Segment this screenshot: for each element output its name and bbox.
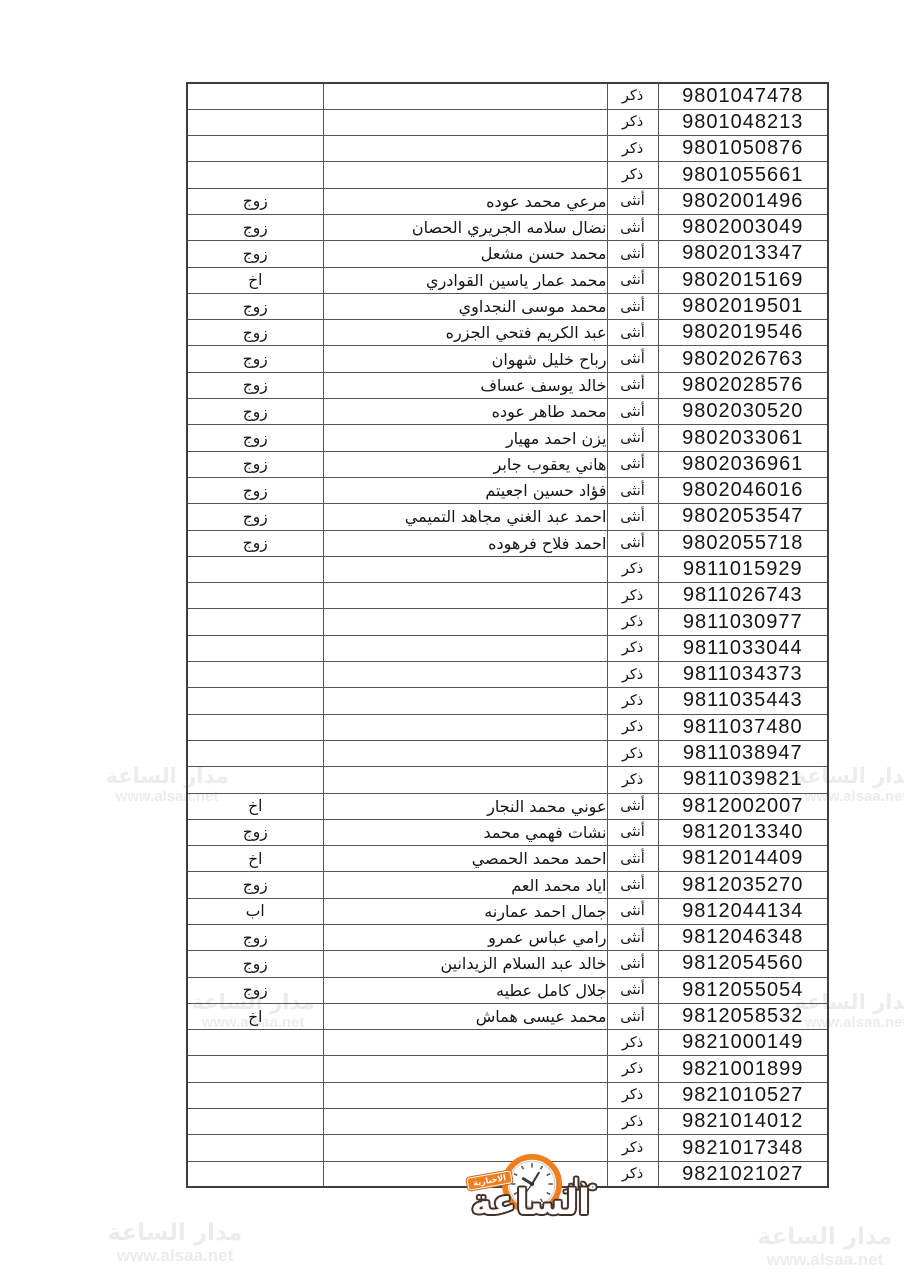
watermark-site-url: www.alsaa.net — [740, 1250, 904, 1270]
relation-cell: زوج — [187, 504, 323, 530]
guardian-name-cell — [323, 1082, 607, 1108]
table-row: 9811026743 ذكر — [187, 583, 828, 609]
guardian-name-cell: احمد عبد الغني مجاهد التميمي — [323, 504, 607, 530]
guardian-name-cell: فؤاد حسين اجعيتم — [323, 477, 607, 503]
gender-cell: ذكر — [607, 714, 658, 740]
relation-cell — [187, 109, 323, 135]
table-row: 9812054560 أنثى خالد عبد السلام الزيداني… — [187, 951, 828, 977]
guardian-name-cell: احمد فلاح فرهوده — [323, 530, 607, 556]
table-row: 9821010527 ذكر — [187, 1082, 828, 1108]
relation-cell: زوج — [187, 346, 323, 372]
national-number-cell: 9801050876 — [658, 136, 828, 162]
guardian-name-cell — [323, 1030, 607, 1056]
guardian-name-cell: نشات فهمي محمد — [323, 819, 607, 845]
guardian-name-cell: محمد طاهر عوده — [323, 399, 607, 425]
guardian-name-cell — [323, 714, 607, 740]
gender-cell: أنثى — [607, 1003, 658, 1029]
national-number-cell: 9812013340 — [658, 819, 828, 845]
table-row: 9801047478 ذكر — [187, 83, 828, 109]
national-number-cell: 9812054560 — [658, 951, 828, 977]
national-number-cell: 9811038947 — [658, 740, 828, 766]
scanned-document-page: { "page": { "background": "#ffffff" }, "… — [0, 0, 904, 1280]
national-number-cell: 9802030520 — [658, 399, 828, 425]
national-number-cell: 9821021027 — [658, 1161, 828, 1187]
national-number-cell: 9812046348 — [658, 925, 828, 951]
relation-cell: زوج — [187, 477, 323, 503]
watermark: مدار الساعة www.alsaa.net — [740, 1224, 904, 1270]
national-number-cell: 9802053547 — [658, 504, 828, 530]
gender-cell: ذكر — [607, 767, 658, 793]
relation-cell: اخ — [187, 846, 323, 872]
table-row: 9811035443 ذكر — [187, 688, 828, 714]
table-row: 9802019501 أنثى محمد موسى النجداوي زوج — [187, 293, 828, 319]
relation-cell: زوج — [187, 425, 323, 451]
table-row: 9811039821 ذكر — [187, 767, 828, 793]
gender-cell: أنثى — [607, 925, 658, 951]
table-row: 9802001496 أنثى مرعي محمد عوده زوج — [187, 188, 828, 214]
table-row: 9802028576 أنثى خالد يوسف عساف زوج — [187, 372, 828, 398]
national-number-cell: 9802019546 — [658, 320, 828, 346]
guardian-name-cell: رباح خليل شهوان — [323, 346, 607, 372]
national-number-cell: 9801048213 — [658, 109, 828, 135]
gender-cell: أنثى — [607, 214, 658, 240]
watermark-site-name: مدار الساعة — [90, 1220, 260, 1246]
gender-cell: أنثى — [607, 425, 658, 451]
national-number-cell: 9802033061 — [658, 425, 828, 451]
table-row: 9802053547 أنثى احمد عبد الغني مجاهد الت… — [187, 504, 828, 530]
guardian-name-cell — [323, 1056, 607, 1082]
relation-cell: زوج — [187, 977, 323, 1003]
national-number-cell: 9812044134 — [658, 898, 828, 924]
national-number-cell: 9821010527 — [658, 1082, 828, 1108]
watermark-site-url: www.alsaa.net — [90, 1246, 260, 1266]
national-number-cell: 9801055661 — [658, 162, 828, 188]
table-row: 9811034373 ذكر — [187, 662, 828, 688]
table-row: 9812044134 أنثى جمال احمد عمارنه اب — [187, 898, 828, 924]
relation-cell — [187, 1056, 323, 1082]
table-row: 9812014409 أنثى احمد محمد الحمصي اخ — [187, 846, 828, 872]
guardian-name-cell — [323, 635, 607, 661]
guardian-name-cell: محمد عمار ياسين القوادري — [323, 267, 607, 293]
gender-cell: ذكر — [607, 583, 658, 609]
relation-cell: زوج — [187, 925, 323, 951]
relation-cell — [187, 1135, 323, 1161]
national-number-cell: 9802019501 — [658, 293, 828, 319]
gender-cell: ذكر — [607, 662, 658, 688]
relation-cell: اب — [187, 898, 323, 924]
table-row: 9811015929 ذكر — [187, 556, 828, 582]
gender-cell: أنثى — [607, 793, 658, 819]
national-number-cell: 9802026763 — [658, 346, 828, 372]
relation-cell — [187, 1161, 323, 1187]
gender-cell: أنثى — [607, 320, 658, 346]
guardian-name-cell — [323, 556, 607, 582]
guardian-name-cell: يزن احمد مهيار — [323, 425, 607, 451]
table-row: 9802036961 أنثى هاني يعقوب جابر زوج — [187, 451, 828, 477]
guardian-name-cell: جلال كامل عطيه — [323, 977, 607, 1003]
national-number-cell: 9811015929 — [658, 556, 828, 582]
guardian-name-cell — [323, 83, 607, 109]
relation-cell: زوج — [187, 872, 323, 898]
relation-cell — [187, 1030, 323, 1056]
guardian-name-cell — [323, 609, 607, 635]
national-number-cell: 9802013347 — [658, 241, 828, 267]
relation-cell: زوج — [187, 188, 323, 214]
gender-cell: ذكر — [607, 556, 658, 582]
guardian-name-cell — [323, 1109, 607, 1135]
guardian-name-cell — [323, 688, 607, 714]
guardian-name-cell — [323, 767, 607, 793]
national-number-cell: 9802028576 — [658, 372, 828, 398]
national-number-cell: 9821017348 — [658, 1135, 828, 1161]
records-tbody: 9801047478 ذكر 9801048213 ذكر 9801050876… — [187, 83, 828, 1187]
relation-cell: زوج — [187, 399, 323, 425]
national-number-cell: 9812002007 — [658, 793, 828, 819]
relation-cell — [187, 556, 323, 582]
gender-cell: أنثى — [607, 819, 658, 845]
gender-cell: أنثى — [607, 188, 658, 214]
national-number-cell: 9812058532 — [658, 1003, 828, 1029]
national-number-cell: 9802003049 — [658, 214, 828, 240]
table-row: 9812002007 أنثى عوني محمد النجار اخ — [187, 793, 828, 819]
guardian-name-cell — [323, 136, 607, 162]
table-row: 9801050876 ذكر — [187, 136, 828, 162]
relation-cell — [187, 1109, 323, 1135]
guardian-name-cell: مرعي محمد عوده — [323, 188, 607, 214]
records-table: 9801047478 ذكر 9801048213 ذكر 9801050876… — [186, 82, 829, 1188]
guardian-name-cell: محمد موسى النجداوي — [323, 293, 607, 319]
relation-cell: زوج — [187, 214, 323, 240]
table-row: 9812055054 أنثى جلال كامل عطيه زوج — [187, 977, 828, 1003]
guardian-name-cell — [323, 583, 607, 609]
relation-cell: زوج — [187, 819, 323, 845]
relation-cell: زوج — [187, 530, 323, 556]
gender-cell: ذكر — [607, 609, 658, 635]
table-row: 9802013347 أنثى محمد حسن مشعل زوج — [187, 241, 828, 267]
guardian-name-cell: محمد عيسى هماش — [323, 1003, 607, 1029]
guardian-name-cell: خالد عبد السلام الزيدانين — [323, 951, 607, 977]
gender-cell: ذكر — [607, 740, 658, 766]
guardian-name-cell: نضال سلامه الجريري الحصان — [323, 214, 607, 240]
relation-cell — [187, 740, 323, 766]
gender-cell: ذكر — [607, 1030, 658, 1056]
gender-cell: أنثى — [607, 241, 658, 267]
table-row: 9801048213 ذكر — [187, 109, 828, 135]
relation-cell — [187, 635, 323, 661]
table-row: 9811038947 ذكر — [187, 740, 828, 766]
gender-cell: أنثى — [607, 267, 658, 293]
relation-cell: زوج — [187, 320, 323, 346]
guardian-name-cell: جمال احمد عمارنه — [323, 898, 607, 924]
gender-cell: أنثى — [607, 846, 658, 872]
guardian-name-cell — [323, 740, 607, 766]
relation-cell — [187, 83, 323, 109]
guardian-name-cell: احمد محمد الحمصي — [323, 846, 607, 872]
relation-cell — [187, 162, 323, 188]
relation-cell: زوج — [187, 241, 323, 267]
relation-cell — [187, 767, 323, 793]
relation-cell — [187, 1082, 323, 1108]
table-row: 9812035270 أنثى اياد محمد العم زوج — [187, 872, 828, 898]
gender-cell: أنثى — [607, 477, 658, 503]
table-row: 9801055661 ذكر — [187, 162, 828, 188]
national-number-cell: 9802001496 — [658, 188, 828, 214]
gender-cell: أنثى — [607, 872, 658, 898]
relation-cell — [187, 688, 323, 714]
guardian-name-cell: رامي عباس عمرو — [323, 925, 607, 951]
gender-cell: ذكر — [607, 1056, 658, 1082]
table-row: 9812058532 أنثى محمد عيسى هماش اخ — [187, 1003, 828, 1029]
gender-cell: أنثى — [607, 951, 658, 977]
gender-cell: أنثى — [607, 504, 658, 530]
gender-cell: ذكر — [607, 1109, 658, 1135]
table-row: 9802055718 أنثى احمد فلاح فرهوده زوج — [187, 530, 828, 556]
relation-cell: اخ — [187, 1003, 323, 1029]
national-number-cell: 9811030977 — [658, 609, 828, 635]
guardian-name-cell: عوني محمد النجار — [323, 793, 607, 819]
gender-cell: ذكر — [607, 688, 658, 714]
table-row: 9802026763 أنثى رباح خليل شهوان زوج — [187, 346, 828, 372]
national-number-cell: 9802055718 — [658, 530, 828, 556]
gender-cell: أنثى — [607, 399, 658, 425]
table-row: 9821014012 ذكر — [187, 1109, 828, 1135]
guardian-name-cell — [323, 162, 607, 188]
guardian-name-cell: هاني يعقوب جابر — [323, 451, 607, 477]
national-number-cell: 9801047478 — [658, 83, 828, 109]
table-row: 9821001899 ذكر — [187, 1056, 828, 1082]
gender-cell: ذكر — [607, 136, 658, 162]
national-number-cell: 9811026743 — [658, 583, 828, 609]
relation-cell: زوج — [187, 293, 323, 319]
gender-cell: أنثى — [607, 451, 658, 477]
table-row: 9811030977 ذكر — [187, 609, 828, 635]
table-row: 9802003049 أنثى نضال سلامه الجريري الحصا… — [187, 214, 828, 240]
table-row: 9802030520 أنثى محمد طاهر عوده زوج — [187, 399, 828, 425]
relation-cell: اخ — [187, 793, 323, 819]
gender-cell: أنثى — [607, 898, 658, 924]
gender-cell: أنثى — [607, 293, 658, 319]
national-number-cell: 9811039821 — [658, 767, 828, 793]
national-number-cell: 9802046016 — [658, 477, 828, 503]
national-number-cell: 9811033044 — [658, 635, 828, 661]
logo-brand-main: الساعة — [471, 1183, 590, 1223]
gender-cell: ذكر — [607, 83, 658, 109]
table-row: 9802015169 أنثى محمد عمار ياسين القوادري… — [187, 267, 828, 293]
national-number-cell: 9821014012 — [658, 1109, 828, 1135]
national-number-cell: 9821001899 — [658, 1056, 828, 1082]
table-row: 9802019546 أنثى عبد الكريم فتحي الجزره ز… — [187, 320, 828, 346]
national-number-cell: 9812035270 — [658, 872, 828, 898]
table-row: 9802033061 أنثى يزن احمد مهيار زوج — [187, 425, 828, 451]
relation-cell — [187, 583, 323, 609]
table-row: 9812046348 أنثى رامي عباس عمرو زوج — [187, 925, 828, 951]
guardian-name-cell: خالد يوسف عساف — [323, 372, 607, 398]
relation-cell — [187, 714, 323, 740]
national-number-cell: 9812055054 — [658, 977, 828, 1003]
national-number-cell: 9811037480 — [658, 714, 828, 740]
guardian-name-cell — [323, 662, 607, 688]
table-row: 9811037480 ذكر — [187, 714, 828, 740]
relation-cell — [187, 609, 323, 635]
table-row: 9812013340 أنثى نشات فهمي محمد زوج — [187, 819, 828, 845]
national-number-cell: 9802015169 — [658, 267, 828, 293]
watermark-site-name: مدار الساعة — [740, 1224, 904, 1250]
relation-cell — [187, 662, 323, 688]
table-row: 9821000149 ذكر — [187, 1030, 828, 1056]
relation-cell: اخ — [187, 267, 323, 293]
relation-cell — [187, 136, 323, 162]
gender-cell: ذكر — [607, 1082, 658, 1108]
national-number-cell: 9811034373 — [658, 662, 828, 688]
gender-cell: ذكر — [607, 109, 658, 135]
gender-cell: ذكر — [607, 162, 658, 188]
gender-cell: أنثى — [607, 530, 658, 556]
national-number-cell: 9812014409 — [658, 846, 828, 872]
relation-cell: زوج — [187, 951, 323, 977]
relation-cell: زوج — [187, 372, 323, 398]
gender-cell: أنثى — [607, 977, 658, 1003]
relation-cell: زوج — [187, 451, 323, 477]
gender-cell: أنثى — [607, 372, 658, 398]
guardian-name-cell: اياد محمد العم — [323, 872, 607, 898]
table-row: 9802046016 أنثى فؤاد حسين اجعيتم زوج — [187, 477, 828, 503]
national-number-cell: 9821000149 — [658, 1030, 828, 1056]
national-number-cell: 9811035443 — [658, 688, 828, 714]
watermark: مدار الساعة www.alsaa.net — [90, 1220, 260, 1266]
news-logo: مدار الساعة الاخبارية — [463, 1153, 633, 1225]
guardian-name-cell: محمد حسن مشعل — [323, 241, 607, 267]
table-row: 9811033044 ذكر — [187, 635, 828, 661]
guardian-name-cell: عبد الكريم فتحي الجزره — [323, 320, 607, 346]
guardian-name-cell — [323, 109, 607, 135]
national-number-cell: 9802036961 — [658, 451, 828, 477]
gender-cell: أنثى — [607, 346, 658, 372]
gender-cell: ذكر — [607, 635, 658, 661]
